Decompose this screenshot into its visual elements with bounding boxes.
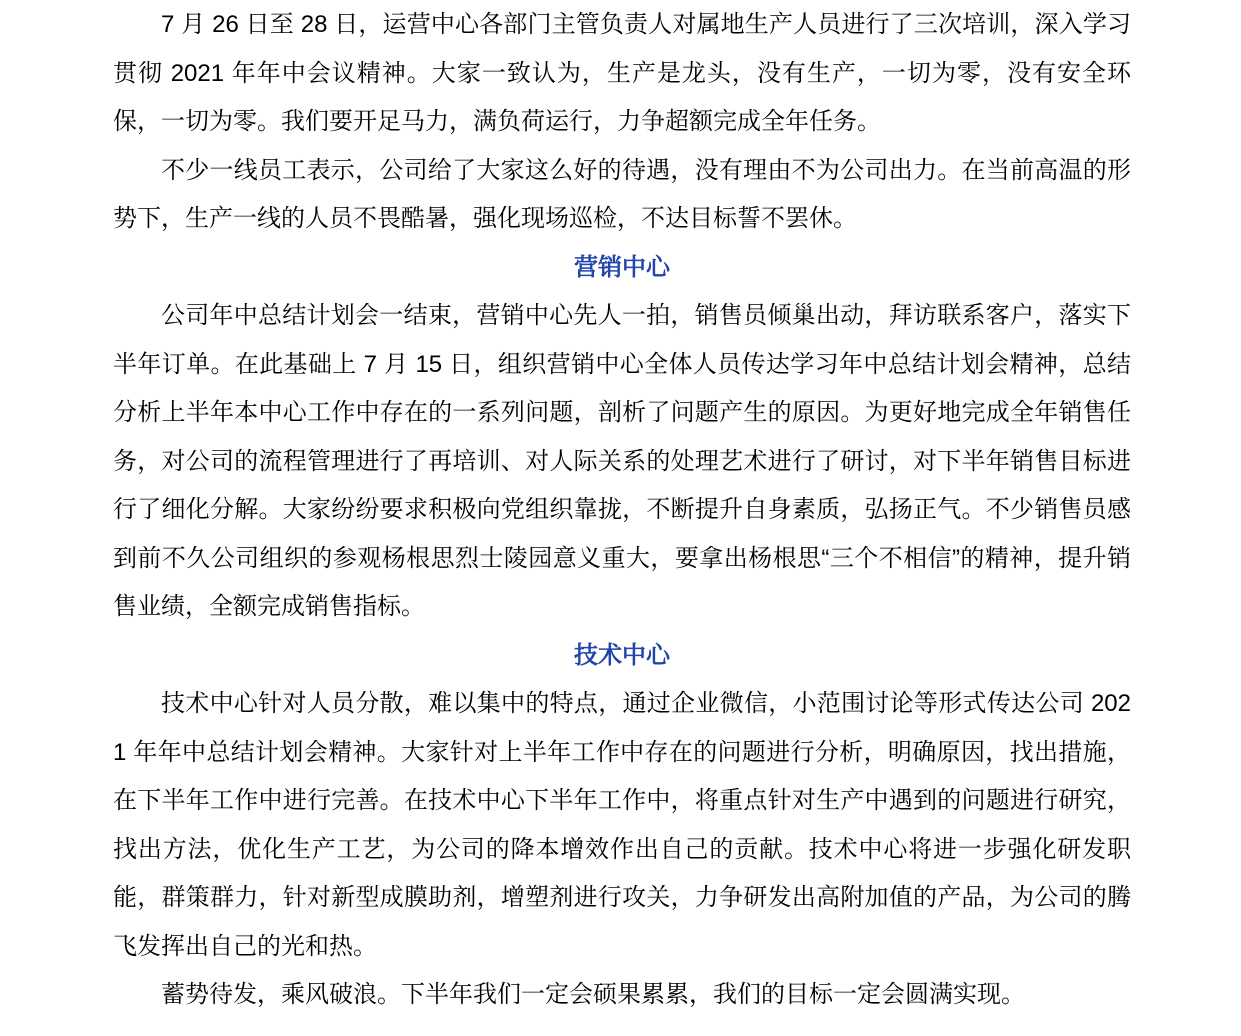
paragraph: 不少一线员工表示，公司给了大家这么好的待遇，没有理由不为公司出力。在当前高温的形… xyxy=(113,147,1131,244)
section-heading: 技术中心 xyxy=(113,632,1131,681)
paragraph: 蓄势待发，乘风破浪。下半年我们一定会硕果累累，我们的目标一定会圆满实现。 xyxy=(113,971,1131,1020)
paragraph: 技术中心针对人员分散，难以集中的特点，通过企业微信，小范围讨论等形式传达公司 2… xyxy=(113,680,1131,971)
paragraph: 7 月 26 日至 28 日，运营中心各部门主管负责人对属地生产人员进行了三次培… xyxy=(113,1,1131,147)
paragraph: 公司年中总结计划会一结束，营销中心先人一拍，销售员倾巢出动，拜访联系客户，落实下… xyxy=(113,292,1131,632)
document-content: 7 月 26 日至 28 日，运营中心各部门主管负责人对属地生产人员进行了三次培… xyxy=(113,0,1131,1020)
section-heading: 营销中心 xyxy=(113,244,1131,293)
document-page: 7 月 26 日至 28 日，运营中心各部门主管负责人对属地生产人员进行了三次培… xyxy=(0,0,1241,1036)
